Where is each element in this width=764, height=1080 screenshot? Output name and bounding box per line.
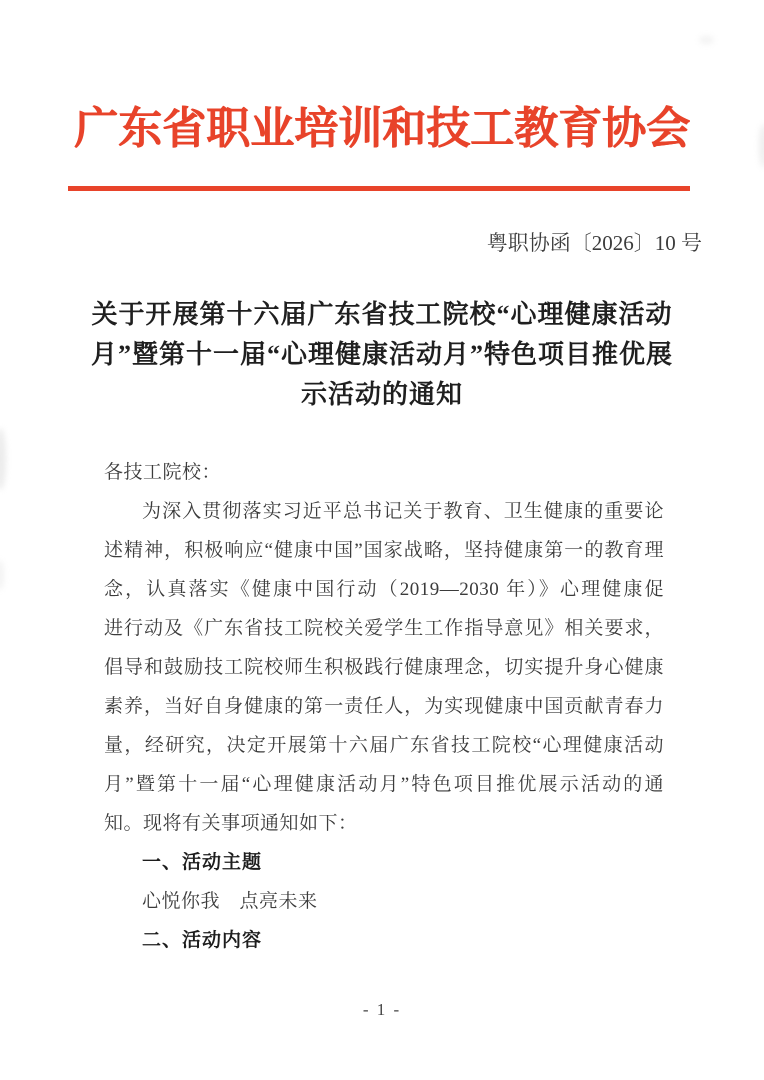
activity-theme-text: 心悦你我 点亮未来: [104, 882, 664, 921]
body-line: 知。现将有关事项通知如下：: [104, 804, 664, 843]
document-title-line: 示活动的通知: [70, 375, 694, 415]
body-line: 念，认真落实《健康中国行动（2019—2030 年）》心理健康促: [104, 570, 664, 609]
letterhead-rule: [68, 186, 690, 191]
document-number: 粤职协函〔2026〕10 号: [0, 231, 764, 255]
body-line: 量，经研究，决定开展第十六届广东省技工院校“心理健康活动: [104, 726, 664, 765]
section-heading-activity-content: 二、活动内容: [104, 921, 664, 960]
section-heading-activity-theme: 一、活动主题: [104, 843, 664, 882]
document-page: 广东省职业培训和技工教育协会 粤职协函〔2026〕10 号 关于开展第十六届广东…: [0, 0, 764, 1080]
document-title: 关于开展第十六届广东省技工院校“心理健康活动 月”暨第十一届“心理健康活动月”特…: [70, 295, 694, 415]
document-title-line: 月”暨第十一届“心理健康活动月”特色项目推优展: [70, 335, 694, 375]
body-line: 倡导和鼓励技工院校师生积极践行健康理念，切实提升身心健康: [104, 648, 664, 687]
page-number: - 1 -: [0, 1000, 764, 1020]
scan-artifact: [0, 428, 6, 490]
letterhead-org-name: 广东省职业培训和技工教育协会: [0, 0, 764, 158]
salutation: 各技工院校：: [104, 453, 664, 492]
body-line: 素养，当好自身健康的第一责任人，为实现健康中国贡献青春力: [104, 687, 664, 726]
body-line: 月”暨第十一届“心理健康活动月”特色项目推优展示活动的通: [104, 765, 664, 804]
body-line: 进行动及《广东省技工院校关爱学生工作指导意见》相关要求，: [104, 609, 664, 648]
document-body: 各技工院校： 为深入贯彻落实习近平总书记关于教育、卫生健康的重要论 述精神，积极…: [104, 453, 664, 960]
document-title-line: 关于开展第十六届广东省技工院校“心理健康活动: [70, 295, 694, 335]
scan-artifact: [0, 560, 4, 590]
body-line: 为深入贯彻落实习近平总书记关于教育、卫生健康的重要论: [104, 492, 664, 531]
body-line: 述精神，积极响应“健康中国”国家战略，坚持健康第一的教育理: [104, 531, 664, 570]
